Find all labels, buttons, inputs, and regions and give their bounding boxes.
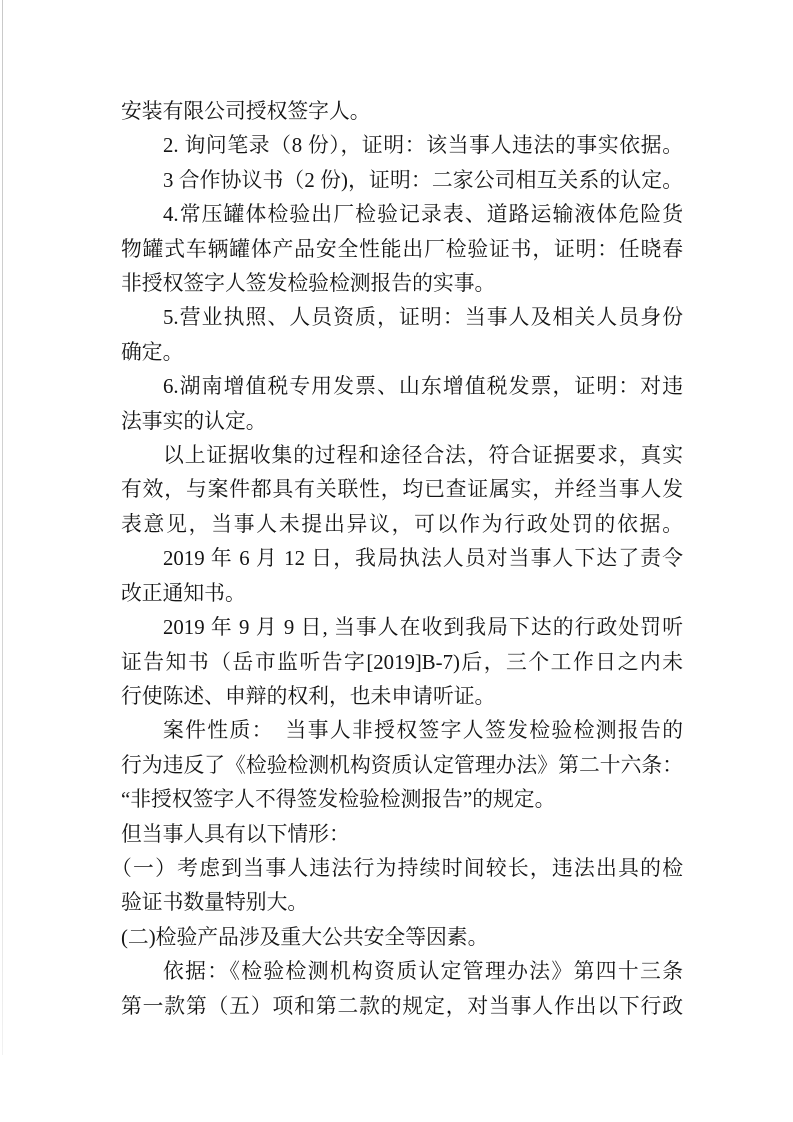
text-line: 依据：《检验检测机构资质认定管理办法》第四十三条: [121, 955, 683, 989]
text-line: 案件性质： 当事人非授权签字人签发检验检测报告的: [121, 714, 683, 748]
text-line: 2019 年 9 月 9 日, 当事人在收到我局下达的行政处罚听: [121, 611, 683, 645]
text-line: 6.湖南增值税专用发票、山东增值税发票，证明：对违: [121, 370, 683, 404]
text-line: “非授权签字人不得签发检验检测报告”的规定。: [121, 783, 683, 817]
text-line: 3 合作协议书（2 份)，证明：二家公司相互关系的认定。: [121, 164, 683, 198]
text-line: 改正通知书。: [121, 577, 683, 611]
text-line: 4.常压罐体检验出厂检验记录表、道路运输液体危险货: [121, 198, 683, 232]
text-line: 行为违反了《检验检测机构资质认定管理办法》第二十六条：: [121, 749, 683, 783]
text-line: 第一款第（五）项和第二款的规定，对当事人作出以下行政: [121, 990, 683, 1024]
text-line: 确定。: [121, 336, 683, 370]
text-line: 非授权签字人签发检验检测报告的实事。: [121, 267, 683, 301]
text-line: 有效，与案件都具有关联性，均已查证属实，并经当事人发: [121, 473, 683, 507]
document-text-block: 安装有限公司授权签字人。2. 询问笔录（8 份），证明：该当事人违法的事实依据。…: [121, 95, 683, 1024]
text-line: 物罐式车辆罐体产品安全性能出厂检验证书，证明：任晓春: [121, 233, 683, 267]
text-line: 2. 询问笔录（8 份），证明：该当事人违法的事实依据。: [121, 129, 683, 163]
text-line: 法事实的认定。: [121, 405, 683, 439]
text-line: (二)检验产品涉及重大公共安全等因素。: [121, 921, 683, 955]
text-line: 以上证据收集的过程和途径合法，符合证据要求，真实: [121, 439, 683, 473]
text-line: 但当事人具有以下情形：: [121, 818, 683, 852]
text-line: 安装有限公司授权签字人。: [121, 95, 683, 129]
text-line: 证告知书（岳市监听告字[2019]B-7)后，三个工作日之内未: [121, 646, 683, 680]
text-line: 5.营业执照、人员资质，证明：当事人及相关人员身份: [121, 301, 683, 335]
text-line: 表意见，当事人未提出异议，可以作为行政处罚的依据。: [121, 508, 683, 542]
text-line: （一）考虑到当事人违法行为持续时间较长，违法出具的检: [111, 852, 683, 886]
text-line: 行使陈述、申辩的权利，也未申请听证。: [121, 680, 683, 714]
text-line: 2019 年 6 月 12 日，我局执法人员对当事人下达了责令: [121, 542, 683, 576]
text-line: 验证书数量特别大。: [121, 886, 683, 920]
page-edge-line: [2, 0, 3, 1055]
document-page: 安装有限公司授权签字人。2. 询问笔录（8 份），证明：该当事人违法的事实依据。…: [0, 0, 793, 1122]
